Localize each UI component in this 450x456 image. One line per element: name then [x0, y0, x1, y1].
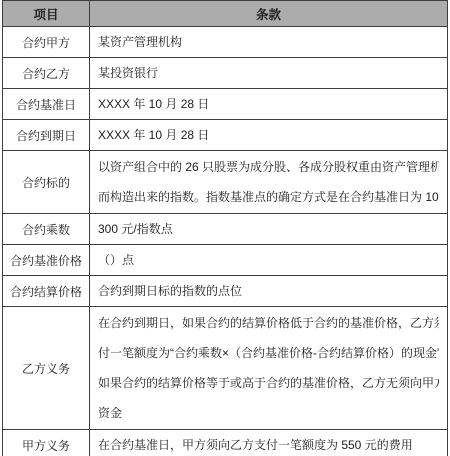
terms-text: 300 元/指数点 — [98, 214, 439, 244]
terms-cell: 以资产组合中的 26 只股票为成分股、各成分股权重由资产管理机构给定后 而构造出… — [90, 151, 448, 214]
header-terms: 条款 — [90, 1, 448, 27]
table-row: 甲方义务 在合约基准日，甲方须向乙方支付一笔额度为 550 元的费用 — [3, 430, 448, 456]
terms-text: 而构造出来的指数。指数基准点的确定方式是在合约基准日为 100 点 — [98, 182, 439, 212]
item-label: 合约乘数 — [3, 214, 90, 245]
item-label: 合约乙方 — [3, 58, 90, 89]
table-row: 合约基准日 XXXX 年 10 月 28 日 — [3, 89, 448, 120]
item-label: 合约基准价格 — [3, 245, 90, 276]
terms-text: 在合约基准日，甲方须向乙方支付一笔额度为 550 元的费用 — [98, 430, 439, 456]
table-row: 合约基准价格 （）点 — [3, 245, 448, 276]
table-row: 合约结算价格 合约到期日标的指数的点位 — [3, 276, 448, 307]
table-row: 合约标的 以资产组合中的 26 只股票为成分股、各成分股权重由资产管理机构给定后… — [3, 151, 448, 214]
terms-text: 如果合约的结算价格等于或高于合约的基准价格，乙方无须向甲方支付任何 — [98, 368, 439, 398]
terms-text: 付一笔额度为“合约乘数×（合约基准价格-合约结算价格）的现金”； — [98, 338, 439, 368]
table-row: 合约乘数 300 元/指数点 — [3, 214, 448, 245]
item-label: 合约基准日 — [3, 89, 90, 120]
terms-cell: XXXX 年 10 月 28 日 — [90, 89, 448, 120]
item-label: 合约甲方 — [3, 27, 90, 58]
terms-cell: 某投资银行 — [90, 58, 448, 89]
table-row: 合约乙方 某投资银行 — [3, 58, 448, 89]
terms-cell: XXXX 年 10 月 28 日 — [90, 120, 448, 151]
terms-text: 在合约到期日，如果合约的结算价格低于合约的基准价格，乙方须向甲方支 — [98, 308, 439, 338]
terms-text: XXXX 年 10 月 28 日 — [98, 89, 439, 119]
terms-cell: 某资产管理机构 — [90, 27, 448, 58]
item-label: 合约结算价格 — [3, 276, 90, 307]
item-label: 甲方义务 — [3, 430, 90, 456]
terms-cell: 300 元/指数点 — [90, 214, 448, 245]
item-label: 合约到期日 — [3, 120, 90, 151]
terms-cell: 合约到期日标的指数的点位 — [90, 276, 448, 307]
terms-text: （）点 — [98, 245, 439, 275]
terms-cell: 在合约到期日，如果合约的结算价格低于合约的基准价格，乙方须向甲方支 付一笔额度为… — [90, 307, 448, 430]
terms-text: 以资产组合中的 26 只股票为成分股、各成分股权重由资产管理机构给定后 — [98, 152, 439, 182]
terms-cell: （）点 — [90, 245, 448, 276]
contract-terms-table: 项目 条款 合约甲方 某资产管理机构 合约乙方 某投资银行 合约基准日 XXXX… — [2, 0, 448, 456]
header-row: 项目 条款 — [3, 1, 448, 27]
table-row: 乙方义务 在合约到期日，如果合约的结算价格低于合约的基准价格，乙方须向甲方支 付… — [3, 307, 448, 430]
table-row: 合约甲方 某资产管理机构 — [3, 27, 448, 58]
item-label: 合约标的 — [3, 151, 90, 214]
header-item: 项目 — [3, 1, 90, 27]
terms-text: 合约到期日标的指数的点位 — [98, 276, 439, 306]
terms-text: 某资产管理机构 — [98, 27, 439, 57]
terms-cell: 在合约基准日，甲方须向乙方支付一笔额度为 550 元的费用 — [90, 430, 448, 456]
terms-text: 某投资银行 — [98, 58, 439, 88]
terms-text: 资金 — [98, 398, 439, 428]
item-label: 乙方义务 — [3, 307, 90, 430]
terms-text: XXXX 年 10 月 28 日 — [98, 120, 439, 150]
table-row: 合约到期日 XXXX 年 10 月 28 日 — [3, 120, 448, 151]
